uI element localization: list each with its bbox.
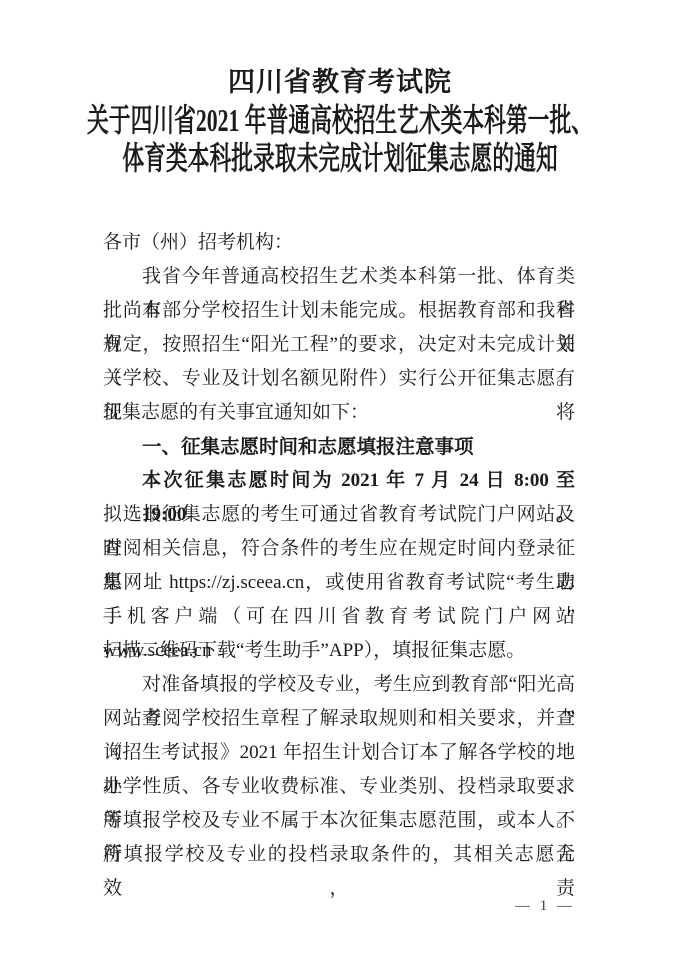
body-line: 批尚有部分学校招生计划未能完成。根据教育部和我省有关 bbox=[103, 294, 575, 328]
body-line: 所填报学校及专业不属于本次征集志愿范围，或本人不符合 bbox=[103, 804, 575, 838]
body-line: 所填报学校及专业的投档录取条件的，其相关志愿无效，责 bbox=[103, 838, 575, 872]
document-title-row-2: 体育类本科批录取未完成计划征集志愿的通知 bbox=[0, 138, 680, 178]
document-org-title: 四川省教育考试院 bbox=[0, 64, 680, 100]
document-title-line-1: 关于四川省2021 年普通高校招生艺术类本科第一批、 bbox=[87, 100, 593, 140]
body-line-with-url: 手机客户端（可在四川省教育考试院门户网站 www.sceea.cn bbox=[103, 600, 575, 634]
body-line: 扫描二维码下载“考生助手”APP），填报征集志愿。 bbox=[103, 634, 575, 668]
deadline-line: 本次征集志愿时间为 2021 年 7 月 24 日 8:00 至 19:00。 bbox=[103, 464, 575, 498]
body-line: 办学性质、各专业收费标准、专业类别、投档录取要求等。 bbox=[103, 770, 575, 804]
body-line: 《招生考试报》2021 年招生计划合订本了解各学校的地址、 bbox=[103, 736, 575, 770]
document-title-line-2: 体育类本科批录取未完成计划征集志愿的通知 bbox=[122, 138, 557, 178]
body-line: 关学校、专业及计划名额见附件）实行公开征集志愿。现将 bbox=[103, 362, 575, 396]
page-number: — 1 — bbox=[103, 896, 575, 916]
section-1-heading: 一、征集志愿时间和志愿填报注意事项 bbox=[103, 430, 575, 464]
body-line: 对准备填报的学校及专业，考生应到教育部“阳光高考” bbox=[103, 668, 575, 702]
document-title-row-1: 关于四川省2021 年普通高校招生艺术类本科第一批、 bbox=[0, 100, 680, 140]
salutation-line: 各市（州）招考机构： bbox=[103, 226, 575, 260]
body-line: 网站查阅学校招生章程了解录取规则和相关要求，并查询 bbox=[103, 702, 575, 736]
body-line: 查阅相关信息，符合条件的考生应在规定时间内登录征集志 bbox=[103, 532, 575, 566]
document-body: 各市（州）招考机构： 我省今年普通高校招生艺术类本科第一批、体育类本科 批尚有部… bbox=[103, 226, 575, 872]
document-page: 四川省教育考试院 关于四川省2021 年普通高校招生艺术类本科第一批、 体育类本… bbox=[0, 0, 680, 961]
body-line-with-url: 愿网址 https://zj.sceea.cn，或使用省教育考试院“考生助手” bbox=[103, 566, 575, 600]
body-line: 拟选报征集志愿的考生可通过省教育考试院门户网站及时 bbox=[103, 498, 575, 532]
body-line: 规定，按照招生“阳光工程”的要求，决定对未完成计划（有 bbox=[103, 328, 575, 362]
body-line: 我省今年普通高校招生艺术类本科第一批、体育类本科 bbox=[103, 260, 575, 294]
